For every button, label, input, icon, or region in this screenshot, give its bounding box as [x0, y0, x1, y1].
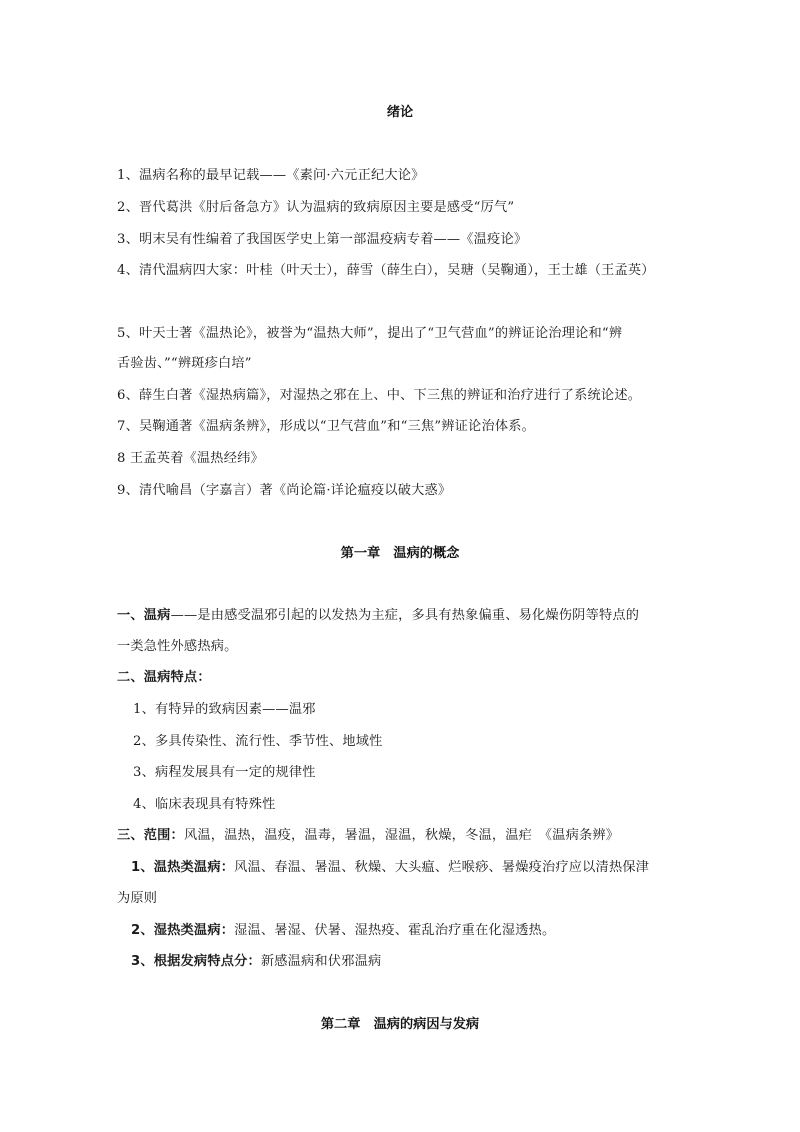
feature-item-2: 2、多具传染性、流行性、季节性、地域性: [133, 733, 383, 751]
scope-paragraph: 三、范围：风温，温热，温疫，温毒，暑温，湿温，秋燥，冬温，温疟 《温病条辨》: [117, 827, 619, 845]
intro-item-1: 1、温病名称的最早记载——《素问·六元正纪大论》: [117, 167, 425, 185]
definition-label: 一、温病: [117, 608, 171, 623]
feature-item-4: 4、临床表现具有特殊性: [133, 796, 275, 814]
intro-item-4: 4、清代温病四大家：叶桂（叶天士），薛雪（薛生白），吴瑭（吴鞠通），王士雄（王孟…: [117, 262, 655, 280]
intro-item-7: 7、吴鞠通著《温病条辨》，形成以“卫气营血”和“三焦”辨证论治体系。: [117, 418, 535, 436]
definition-paragraph: 一、温病——是由感受温邪引起的以发热为主症，多具有热象偏重、易化燥伤阴等特点的: [117, 607, 639, 625]
scope-item-1-label: 1、温热类温病：: [131, 860, 234, 875]
definition-continuation: 一类急性外感热病。: [117, 638, 238, 656]
feature-item-1: 1、有特异的致病因素——温邪: [133, 701, 316, 719]
intro-item-5: 5、叶天士著《温热论》，被誉为“温热大师”，提出了“卫气营血”的辨证论治理论和“…: [117, 325, 622, 343]
scope-item-2: 2、湿热类温病：湿温、暑湿、伏暑、湿热疫、霍乱治疗重在化湿透热。: [131, 922, 555, 940]
intro-title: 绪论: [0, 104, 800, 122]
intro-item-2: 2、晋代葛洪《肘后备急方》认为温病的致病原因主要是感受“厉气”: [117, 199, 514, 217]
scope-item-3-text: 新感温病和伏邪温病: [261, 954, 382, 969]
intro-item-8: 8 王孟英着《温热经纬》: [117, 450, 264, 468]
intro-item-6: 6、薛生白著《湿热病篇》，对湿热之邪在上、中、下三焦的辨证和治疗进行了系统论述。: [117, 387, 641, 405]
scope-item-1: 1、温热类温病：风温、春温、暑温、秋燥、大头瘟、烂喉痧、暑燥疫治疗应以清热保津: [131, 859, 649, 877]
definition-text: ——是由感受温邪引起的以发热为主症，多具有热象偏重、易化燥伤阴等特点的: [171, 608, 640, 623]
scope-item-1-text: 风温、春温、暑温、秋燥、大头瘟、烂喉痧、暑燥疫治疗应以清热保津: [234, 860, 649, 875]
scope-item-2-text: 湿温、暑湿、伏暑、湿热疫、霍乱治疗重在化湿透热。: [234, 923, 555, 938]
scope-text: 风温，温热，温疫，温毒，暑温，湿温，秋燥，冬温，温疟 《温病条辨》: [184, 828, 619, 843]
scope-label: 三、范围：: [117, 828, 184, 843]
intro-item-9: 9、清代喻昌（字嘉言）著《尚论篇·详论瘟疫以破大惑》: [117, 482, 451, 500]
features-label: 二、温病特点：: [117, 669, 211, 687]
intro-item-5-continuation: 舌验齿、”“辨斑疹白培”: [117, 355, 252, 373]
scope-item-1-continuation: 为原则: [117, 890, 157, 908]
document-page: 绪论 1、温病名称的最早记载——《素问·六元正纪大论》 2、晋代葛洪《肘后备急方…: [0, 0, 800, 1132]
scope-item-2-label: 2、湿热类温病：: [131, 923, 234, 938]
chapter1-title: 第一章 温病的概念: [0, 545, 800, 563]
scope-item-3: 3、根据发病特点分：新感温病和伏邪温病: [131, 953, 381, 971]
intro-item-3: 3、明末吴有性编着了我国医学史上第一部温疫病专着——《温疫论》: [117, 231, 527, 249]
feature-item-3: 3、病程发展具有一定的规律性: [133, 764, 316, 782]
scope-item-3-label: 3、根据发病特点分：: [131, 954, 261, 969]
chapter2-title: 第二章 温病的病因与发病: [0, 1016, 800, 1034]
